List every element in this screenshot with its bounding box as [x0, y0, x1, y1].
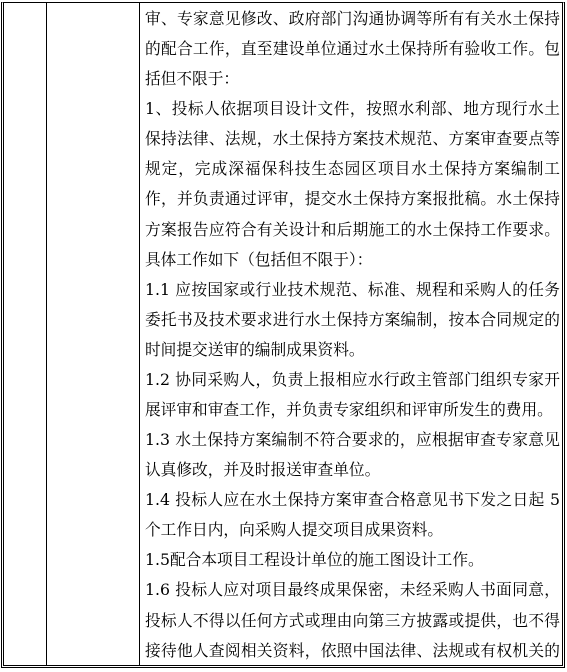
table-cell-empty-2: [47, 3, 140, 665]
text-line: 1.5配合本项目工程设计单位的施工图设计工作。: [145, 545, 560, 575]
text-line: 括但不限于：: [145, 64, 560, 94]
text-line: 展评审和审查工作，并负责专家组织和评审所发生的费用。: [145, 395, 560, 425]
text-line: 接待他人查阅相关资料，依照中国法律、法规或有权机关的: [145, 636, 560, 665]
table-cell-empty-1: [4, 3, 47, 665]
text-line: 1.2 协同采购人，负责上报相应水行政主管部门组织专家开: [145, 365, 560, 395]
text-line: 认真修改，并及时报送审查单位。: [145, 455, 560, 485]
table-cell-content: 审、专家意见修改、政府部门沟通协调等所有有关水土保持的配合工作，直至建设单位通过…: [140, 3, 562, 665]
text-line: 1、投标人依据项目设计文件，按照水利部、地方现行水土: [145, 94, 560, 124]
text-line: 投标人不得以任何方式或理由向第三方披露或提供，也不得: [145, 606, 560, 636]
text-line: 委托书及技术要求进行水土保持方案编制，按本合同规定的: [145, 305, 560, 335]
text-line: 方案报告应符合有关设计和后期施工的水土保持工作要求。: [145, 215, 560, 245]
document-table: 审、专家意见修改、政府部门沟通协调等所有有关水土保持的配合工作，直至建设单位通过…: [1, 2, 565, 668]
text-line: 时间提交送审的编制成果资料。: [145, 335, 560, 365]
text-line: 1.3 水土保持方案编制不符合要求的，应根据审查专家意见: [145, 425, 560, 455]
text-line: 1.4 投标人应在水土保持方案审查合格意见书下发之日起 5: [145, 485, 560, 515]
text-line: 1.6 投标人应对项目最终成果保密，未经采购人书面同意，: [145, 575, 560, 605]
text-line: 规定，完成深福保科技生态园区项目水土保持方案编制工: [145, 154, 560, 184]
text-line: 具体工作如下（包括但不限于）：: [145, 245, 560, 275]
text-line: 作，并负责通过评审，提交水土保持方案报批稿。水土保持: [145, 184, 560, 214]
text-line: 1.1 应按国家或行业技术规范、标准、规程和采购人的任务: [145, 275, 560, 305]
text-line: 个工作日内，向采购人提交项目成果资料。: [145, 515, 560, 545]
text-line: 审、专家意见修改、政府部门沟通协调等所有有关水土保持: [145, 4, 560, 34]
text-line: 保持法律、法规，水土保持方案技术规范、方案审查要点等: [145, 124, 560, 154]
text-line: 的配合工作，直至建设单位通过水土保持所有验收工作。包: [145, 34, 560, 64]
